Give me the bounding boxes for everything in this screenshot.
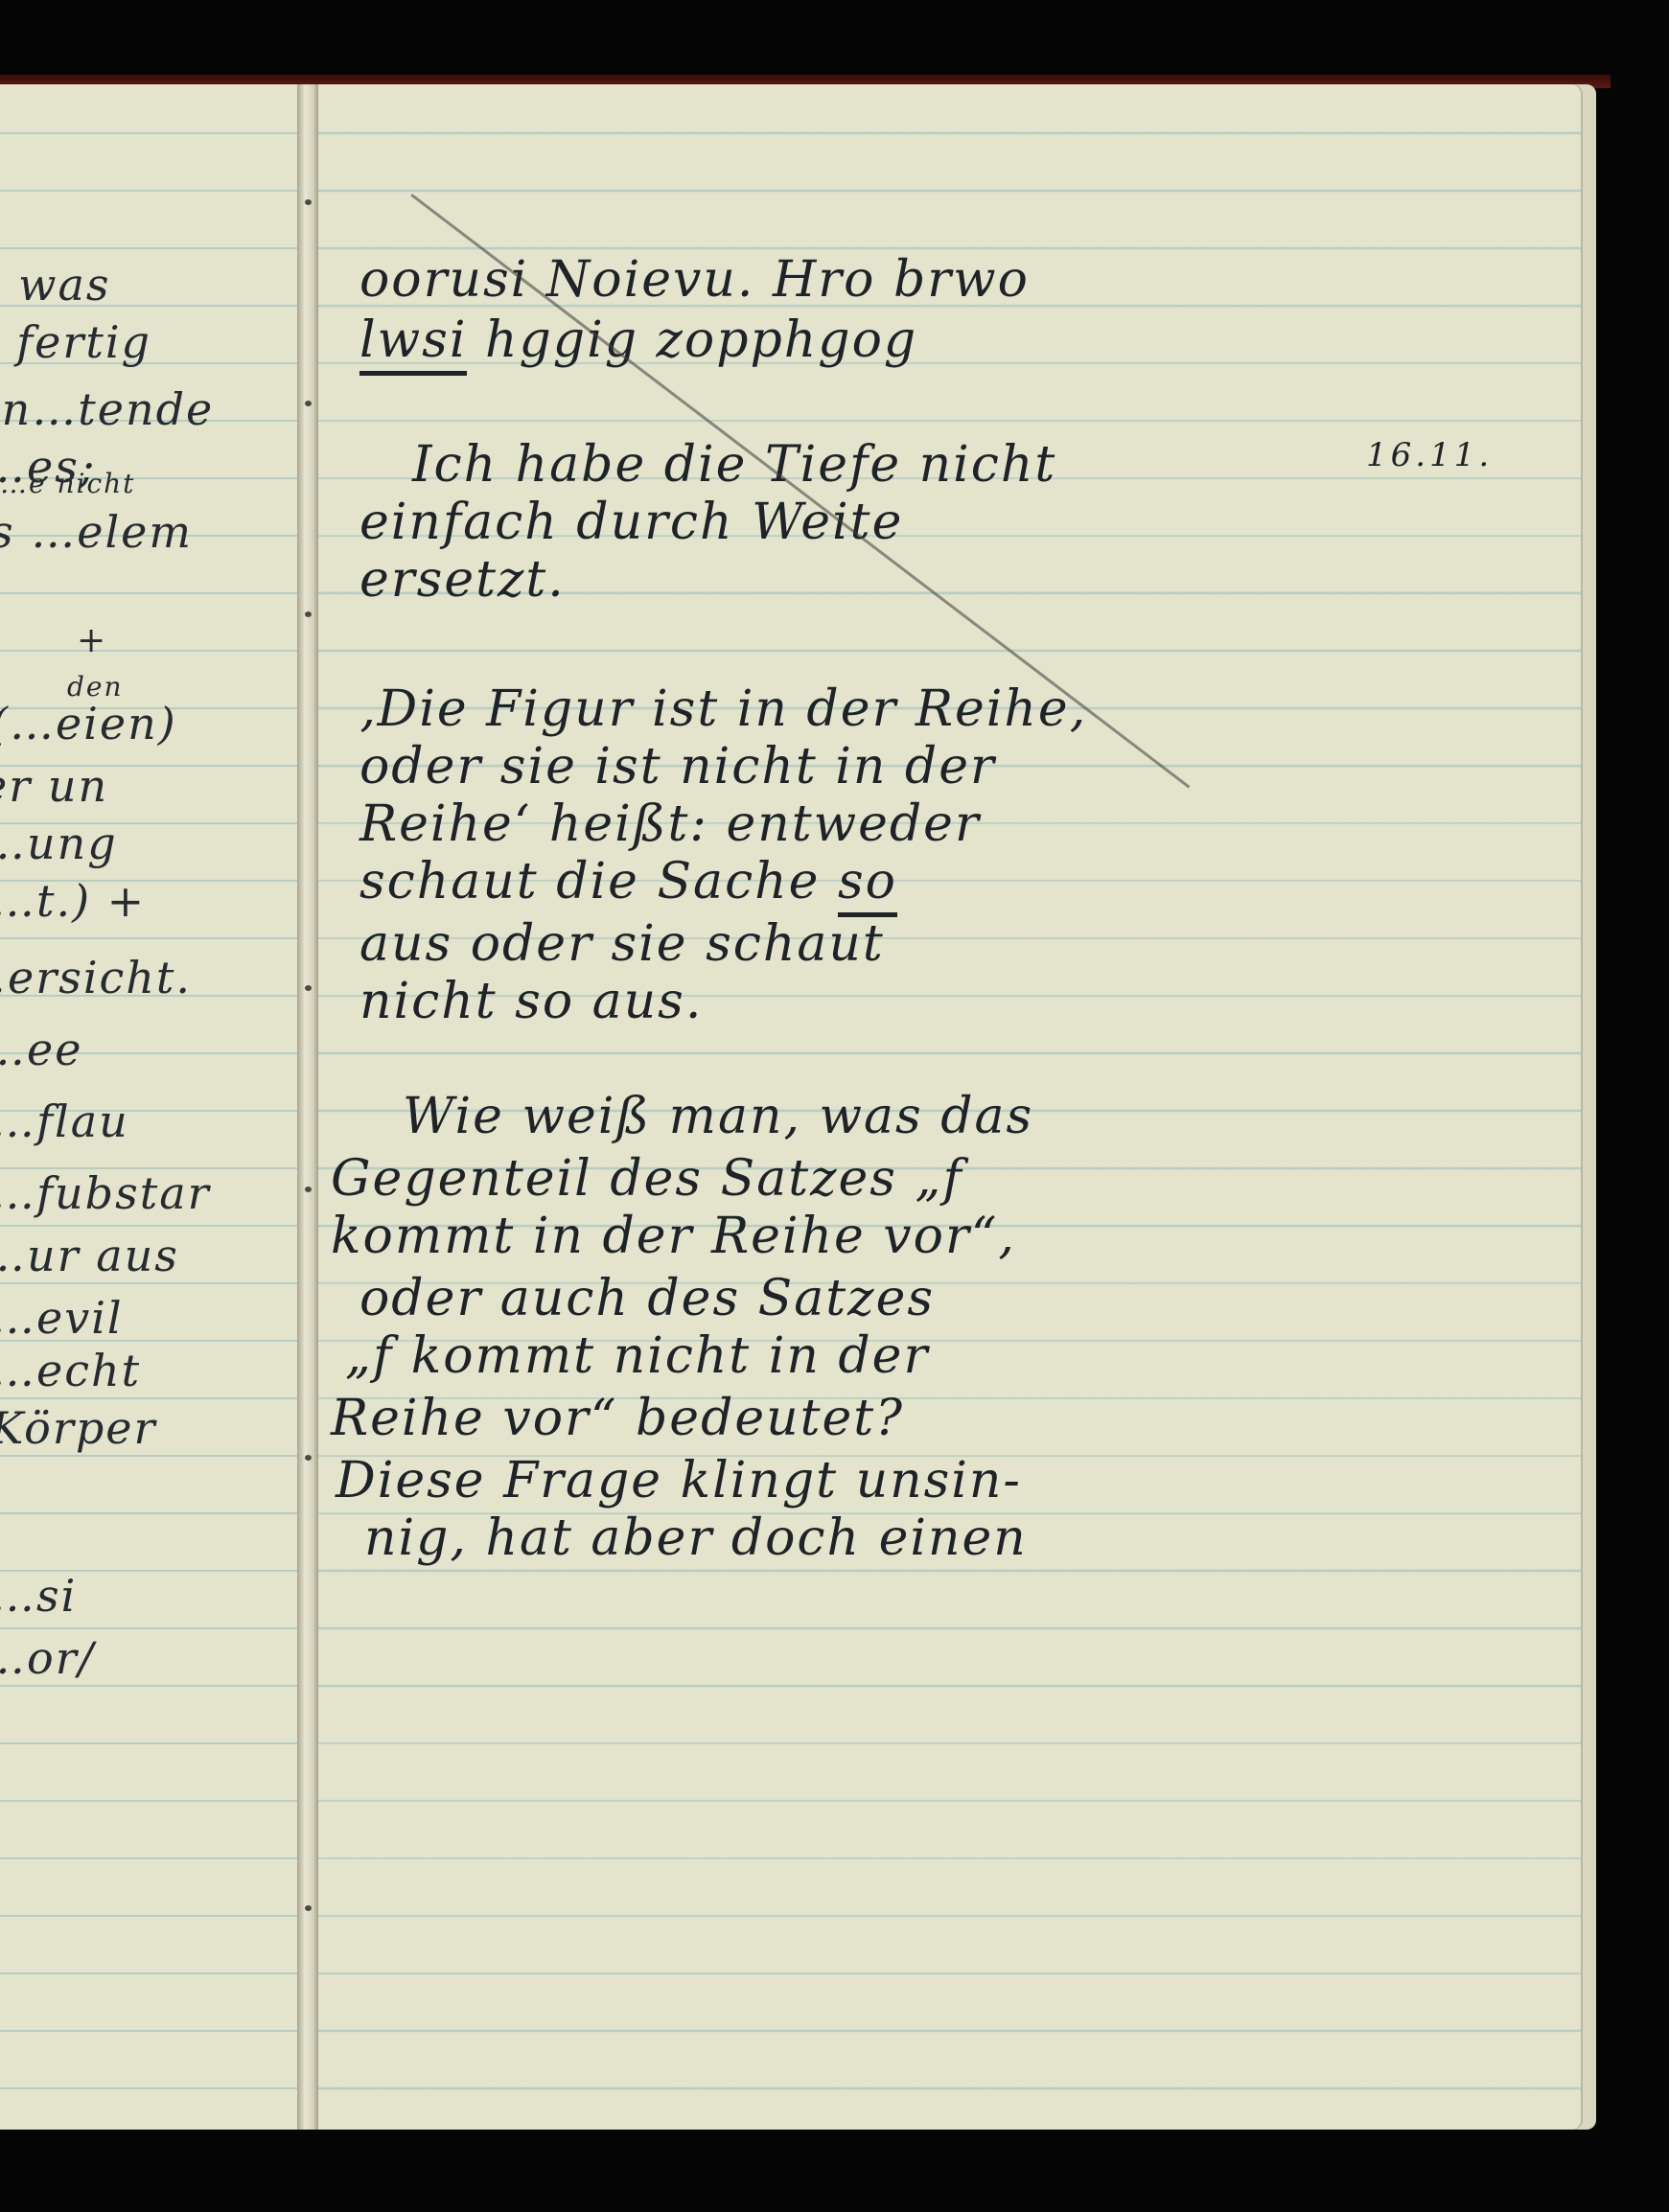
coded-text: hggig zopphgog bbox=[467, 311, 917, 369]
left-line: + bbox=[77, 621, 107, 660]
right-line: ersetzt. bbox=[359, 551, 566, 609]
left-line: t fertig bbox=[0, 316, 151, 368]
entry-date: 16.11. bbox=[1366, 436, 1493, 474]
underlined-word: so bbox=[838, 853, 897, 917]
right-line: „f kommt nicht in der bbox=[345, 1327, 929, 1385]
binding-gutter bbox=[297, 84, 320, 2130]
right-line: Ich habe die Tiefe nicht bbox=[412, 436, 1056, 494]
right-line: nig, hat aber doch einen bbox=[364, 1509, 1028, 1567]
underlined-word: lwsi bbox=[359, 311, 467, 376]
left-line: …echt bbox=[0, 1345, 141, 1396]
right-line: oder auch des Satzes bbox=[359, 1270, 935, 1327]
stitch-hole bbox=[305, 401, 312, 406]
left-line: Körper bbox=[0, 1402, 156, 1454]
stitch-hole bbox=[305, 1187, 312, 1192]
left-line: …ersicht. bbox=[0, 952, 192, 1003]
right-line: Diese Frage klingt unsin- bbox=[336, 1452, 1022, 1509]
left-line: (…eien) bbox=[0, 698, 177, 749]
left-line: …fubstar bbox=[0, 1167, 211, 1219]
stitch-hole bbox=[305, 1455, 312, 1461]
line-text: schaut die Sache bbox=[359, 853, 820, 910]
left-line: …evil bbox=[0, 1292, 124, 1344]
right-line: kommt in der Reihe vor“, bbox=[331, 1208, 1016, 1265]
right-line: Wie weiß man, was das bbox=[403, 1088, 1033, 1145]
right-line: ‚Die Figur ist in der Reihe, bbox=[359, 680, 1087, 738]
stitch-hole bbox=[305, 611, 312, 617]
left-line: –; was bbox=[0, 259, 111, 311]
left-line: …ur aus bbox=[0, 1230, 179, 1281]
left-line: …flau bbox=[0, 1095, 129, 1147]
left-line: …or/ bbox=[0, 1632, 95, 1684]
right-line-coded-1: oorusi Noievu. Hro brwo bbox=[359, 251, 1030, 309]
stitch-hole bbox=[305, 199, 312, 205]
right-line: oder sie ist nicht in der bbox=[359, 738, 996, 795]
stitch-hole bbox=[305, 985, 312, 991]
right-line-coded-2: lwsi hggig zopphgog bbox=[359, 311, 917, 369]
left-line: er un bbox=[0, 760, 108, 812]
left-line: …si bbox=[0, 1570, 77, 1622]
right-line: nicht so aus. bbox=[359, 973, 703, 1030]
left-line: …t.) + bbox=[0, 875, 146, 927]
left-line: …ee bbox=[0, 1024, 82, 1075]
right-line: aus oder sie schaut bbox=[359, 915, 885, 973]
right-line: Reihe‘ heißt: entweder bbox=[359, 795, 981, 853]
left-page-text: –; was t fertig un…tende …es; …e nicht s… bbox=[0, 84, 299, 2130]
right-line: Reihe vor“ bedeutet? bbox=[331, 1390, 904, 1447]
left-line: s …elem bbox=[0, 506, 193, 558]
left-line: un…tende bbox=[0, 383, 214, 435]
left-line: …e nicht bbox=[0, 468, 135, 499]
right-line: einfach durch Weite bbox=[359, 494, 903, 551]
left-line: …ung bbox=[0, 818, 118, 869]
right-line: Gegenteil des Satzes „f bbox=[331, 1150, 963, 1208]
right-line: schaut die Sache so bbox=[359, 853, 897, 910]
stitch-hole bbox=[305, 1905, 312, 1911]
